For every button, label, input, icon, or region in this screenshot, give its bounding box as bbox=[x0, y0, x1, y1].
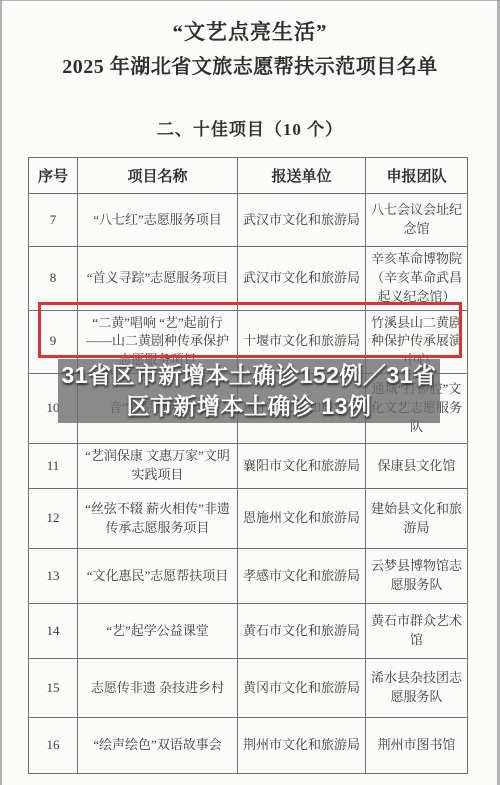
cell-unit: 恩施州文化和旅游局 bbox=[238, 489, 366, 549]
cell-no: 12 bbox=[29, 489, 78, 549]
col-header-team: 申报团队 bbox=[366, 158, 468, 194]
projects-table: 序号 项目名称 报送单位 申报团队 7 “八七红”志愿服务项目 武汉市文化和旅游… bbox=[28, 157, 468, 774]
col-header-no: 序号 bbox=[29, 158, 78, 194]
cell-unit: 武汉市文化和旅游局 bbox=[238, 194, 366, 247]
cell-team: 荆州市图书馆 bbox=[366, 718, 468, 774]
cell-team: 云梦县博物馆志愿服务队 bbox=[366, 549, 468, 604]
cell-unit: 武汉市文化和旅游局 bbox=[238, 247, 366, 311]
cell-name: 音”志愿服务项目 bbox=[78, 374, 238, 444]
cell-name: “八七红”志愿服务项目 bbox=[78, 194, 238, 247]
cell-name: 志愿传非遗 杂技进乡村 bbox=[78, 659, 238, 718]
cell-unit: 孝感市文化和旅游局 bbox=[238, 549, 366, 604]
cell-no: 7 bbox=[29, 194, 78, 247]
table-row: 13 “文化惠民”志愿帮扶项目 孝感市文化和旅游局 云梦县博物馆志愿服务队 bbox=[29, 549, 468, 604]
cell-unit: 十堰市文化和旅游局 bbox=[238, 310, 366, 374]
cell-name: “文化惠民”志愿帮扶项目 bbox=[78, 549, 238, 604]
cell-name: “丝弦不辍 薪火相传”非遗传承志愿服务项目 bbox=[78, 489, 238, 549]
cell-no: 15 bbox=[29, 659, 78, 718]
cell-unit: 咸宁市文化和旅游局 bbox=[238, 374, 366, 444]
col-header-unit: 报送单位 bbox=[238, 158, 366, 194]
cell-team: 黄石市群众艺术馆 bbox=[366, 604, 468, 659]
cell-no: 10 bbox=[29, 374, 78, 444]
table-row: 12 “丝弦不辍 薪火相传”非遗传承志愿服务项目 恩施州文化和旅游局 建始县文化… bbox=[29, 489, 468, 549]
cell-unit: 襄阳市文化和旅游局 bbox=[238, 444, 366, 489]
table-row: 14 “艺”起学公益课堂 黄石市文化和旅游局 黄石市群众艺术馆 bbox=[29, 604, 468, 659]
cell-team: 竹溪县山二黄剧种保护传承展演中心 bbox=[366, 310, 468, 374]
cell-team: 建始县文化和旅游局 bbox=[366, 489, 468, 549]
cell-no: 14 bbox=[29, 604, 78, 659]
cell-name: “绘声绘色”双语故事会 bbox=[78, 718, 238, 774]
cell-no: 8 bbox=[29, 247, 78, 311]
doc-title-line2: 2025 年湖北省文旅志愿帮扶示范项目名单 bbox=[0, 50, 500, 79]
cell-name: “二黄”唱响 “艺”起前行——山二黄剧种传承保护志愿服务项目 bbox=[78, 310, 238, 374]
cell-team: 辛亥革命博物院（辛亥革命武昌起义纪念馆） bbox=[366, 247, 468, 311]
col-header-name: 项目名称 bbox=[78, 158, 238, 194]
photo-edge-top bbox=[0, 0, 500, 1]
cell-no: 16 bbox=[29, 718, 78, 774]
cell-team: 浠水县杂技团志愿服务队 bbox=[366, 659, 468, 718]
section-heading: 二、十佳项目（10 个） bbox=[0, 115, 500, 140]
table-row-obscured: 10 音”志愿服务项目 咸宁市文化和旅游局 通城“打锣腔”文化文艺志愿服务队 bbox=[29, 374, 468, 444]
cell-no: 9 bbox=[29, 310, 78, 374]
cell-team: 八七会议会址纪念馆 bbox=[366, 194, 468, 247]
header-row: 序号 项目名称 报送单位 申报团队 bbox=[29, 158, 468, 194]
cell-name: “艺润保康 文惠万家”文明实践项目 bbox=[78, 444, 238, 489]
cell-unit: 黄冈市文化和旅游局 bbox=[238, 659, 366, 718]
cell-name: “首义寻踪”志愿服务项目 bbox=[78, 247, 238, 311]
cell-unit: 荆州市文化和旅游局 bbox=[238, 718, 366, 774]
table-row: 11 “艺润保康 文惠万家”文明实践项目 襄阳市文化和旅游局 保康县文化馆 bbox=[29, 444, 468, 489]
cell-team: 保康县文化馆 bbox=[366, 444, 468, 489]
cell-no: 11 bbox=[29, 444, 78, 489]
cell-team: 通城“打锣腔”文化文艺志愿服务队 bbox=[366, 374, 468, 444]
table-row: 16 “绘声绘色”双语故事会 荆州市文化和旅游局 荆州市图书馆 bbox=[29, 718, 468, 774]
table-row: 7 “八七红”志愿服务项目 武汉市文化和旅游局 八七会议会址纪念馆 bbox=[29, 194, 468, 247]
table-row: 15 志愿传非遗 杂技进乡村 黄冈市文化和旅游局 浠水县杂技团志愿服务队 bbox=[29, 659, 468, 718]
cell-unit: 黄石市文化和旅游局 bbox=[238, 604, 366, 659]
cell-name: “艺”起学公益课堂 bbox=[78, 604, 238, 659]
doc-title-line1: “文艺点亮生活” bbox=[0, 16, 500, 46]
cell-no: 13 bbox=[29, 549, 78, 604]
table-row-highlighted: 9 “二黄”唱响 “艺”起前行——山二黄剧种传承保护志愿服务项目 十堰市文化和旅… bbox=[29, 310, 468, 374]
table-row: 8 “首义寻踪”志愿服务项目 武汉市文化和旅游局 辛亥革命博物院（辛亥革命武昌起… bbox=[29, 247, 468, 311]
